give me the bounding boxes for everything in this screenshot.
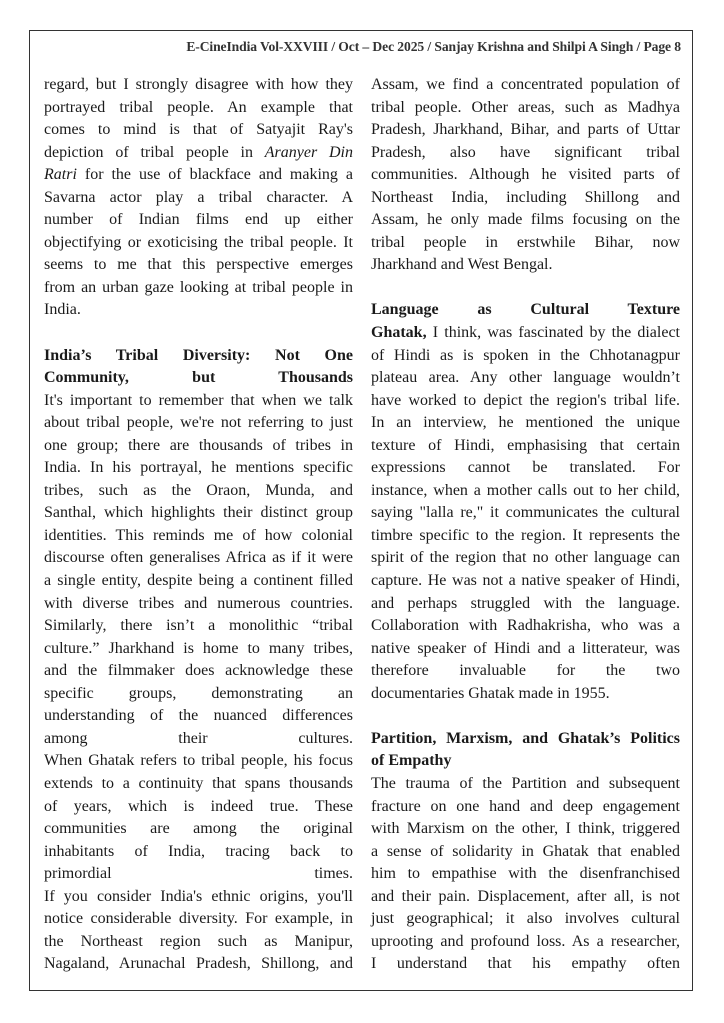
text-line: If you consider India's ethnic origins, … [44, 886, 353, 909]
section-heading-partition: Partition, Marxism, and Ghatak’s Politic… [371, 728, 680, 773]
paragraph-language: Ghatak, I think, was fascinated by the d… [371, 322, 680, 705]
text-line: a single entity, despite being a contine… [44, 570, 353, 593]
text-line: Ratri for the use of blackface and makin… [44, 164, 353, 187]
text-line: It's important to remember that when we … [44, 390, 353, 413]
text-line: and their pain. Displacement, after all,… [371, 886, 680, 909]
paragraph-ray-critique: regard, but I strongly disagree with how… [44, 74, 353, 322]
text-line: texture of Hindi, emphasising that certa… [371, 435, 680, 458]
text-fragment: for the use of blackface and making a [77, 166, 353, 183]
text-line: and the filmmaker does acknowledge these [44, 660, 353, 683]
text-fragment: depiction of tribal people in [44, 144, 265, 161]
text-line: have worked to depict the region's triba… [371, 390, 680, 413]
paragraph-regional-population: Assam, we find a concentrated population… [371, 74, 680, 277]
text-line: primordial times. [44, 863, 353, 886]
text-line: the Northeast region such as Manipur, [44, 931, 353, 954]
text-line: I understand that his empathy often [371, 953, 680, 976]
text-line: Jharkhand and West Bengal. [371, 254, 680, 277]
left-column: regard, but I strongly disagree with how… [44, 74, 353, 976]
text-line: native speaker of Hindi and a litterateu… [371, 638, 680, 661]
blank-line [44, 322, 353, 345]
text-line: with diverse tribes and numerous countri… [44, 593, 353, 616]
text-line: timbre specific to the region. It repres… [371, 525, 680, 548]
text-line: a sense of solidarity in Ghatak that ena… [371, 841, 680, 864]
text-line: identities. This reminds me of how colon… [44, 525, 353, 548]
text-line: capture. He was not a native speaker of … [371, 570, 680, 593]
text-line: tribes, such as the Oraon, Munda, and [44, 480, 353, 503]
heading-line: Language as Cultural Texture [371, 299, 680, 322]
section-heading-language: Language as Cultural Texture [371, 299, 680, 322]
text-line: from an urban gaze looking at tribal peo… [44, 277, 353, 300]
paragraph-ethnic-origins: If you consider India's ethnic origins, … [44, 886, 353, 976]
text-line: understanding of the nuanced differences [44, 705, 353, 728]
text-line: Assam, we find a concentrated population… [371, 74, 680, 97]
text-line: Santhal, which highlights their distinct… [44, 502, 353, 525]
text-line: number of Indian films end up either [44, 209, 353, 232]
text-line: objectifying or exoticising the tribal p… [44, 232, 353, 255]
text-line: The trauma of the Partition and subseque… [371, 773, 680, 796]
text-line: India. In his portrayal, he mentions spe… [44, 457, 353, 480]
text-fragment: I think, was fascinated by the dialect [427, 324, 680, 341]
text-line: regard, but I strongly disagree with how… [44, 74, 353, 97]
text-line: expressions cannot be translated. For [371, 457, 680, 480]
text-line: Ghatak, I think, was fascinated by the d… [371, 322, 680, 345]
text-line: inhabitants of India, tracing back to [44, 841, 353, 864]
text-line: spirit of the region that no other langu… [371, 547, 680, 570]
text-line: extends to a continuity that spans thous… [44, 773, 353, 796]
text-line: portrayed tribal people. An example that [44, 97, 353, 120]
text-line: of years, which is indeed true. These [44, 796, 353, 819]
running-header: E-CineIndia Vol-XXVIII / Oct – Dec 2025 … [186, 39, 681, 55]
text-line: seems to me that this perspective emerge… [44, 254, 353, 277]
text-line: depiction of tribal people in Aranyer Di… [44, 142, 353, 165]
blank-line [371, 277, 680, 300]
text-line: and perhaps struggled with the language. [371, 593, 680, 616]
text-line: communities. Although he visited parts o… [371, 164, 680, 187]
text-line: communities are among the original [44, 818, 353, 841]
film-title-italic: Ratri [44, 166, 77, 183]
paragraph-tribal-diversity: It's important to remember that when we … [44, 390, 353, 886]
text-line: tribal people. Other areas, such as Madh… [371, 97, 680, 120]
text-line: with Marxism on the other, I think, trig… [371, 818, 680, 841]
text-line: notice considerable diversity. For examp… [44, 908, 353, 931]
text-line: comes to mind is that of Satyajit Ray's [44, 119, 353, 142]
text-line: therefore invaluable for the two [371, 660, 680, 683]
text-line: of Hindi as is spoken in the Chhotanagpu… [371, 345, 680, 368]
text-line: culture.” Jharkhand is home to many trib… [44, 638, 353, 661]
blank-line [371, 705, 680, 728]
section-heading-tribal-diversity: India’s Tribal Diversity: Not One Commun… [44, 345, 353, 390]
text-line: India. [44, 299, 353, 322]
text-line: saying "lalla re," it communicates the c… [371, 502, 680, 525]
text-line: among their cultures. [44, 728, 353, 751]
text-line: uprooting and profound loss. As a resear… [371, 931, 680, 954]
text-line: about tribal people, we're not referring… [44, 412, 353, 435]
text-line: discourse often generalises Africa as if… [44, 547, 353, 570]
heading-line: Partition, Marxism, and Ghatak’s Politic… [371, 728, 680, 751]
text-line: tribal people in erstwhile Bihar, now [371, 232, 680, 255]
text-line: Nagaland, Arunachal Pradesh, Shillong, a… [44, 953, 353, 976]
text-line: When Ghatak refers to tribal people, his… [44, 750, 353, 773]
text-line: plateau area. Any other language wouldn’… [371, 367, 680, 390]
text-line: him to empathise with the disenfranchise… [371, 863, 680, 886]
text-line: one group; there are thousands of tribes… [44, 435, 353, 458]
text-line: Assam, he only made films focusing on th… [371, 209, 680, 232]
text-line: specific groups, demonstrating an [44, 683, 353, 706]
text-line: Savarna actor play a tribal character. A [44, 187, 353, 210]
text-line: instance, when a mother calls out to her… [371, 480, 680, 503]
lead-in-bold: Ghatak, [371, 324, 427, 341]
text-line: Pradesh, Jharkhand, Bihar, and parts of … [371, 119, 680, 142]
text-line: Similarly, there isn’t a monolithic “tri… [44, 615, 353, 638]
text-line: In an interview, he mentioned the unique [371, 412, 680, 435]
text-line: Northeast India, including Shillong and [371, 187, 680, 210]
text-line: just geographical; it also involves cult… [371, 908, 680, 931]
text-line: Collaboration with Radhakrisha, who was … [371, 615, 680, 638]
heading-line: of Empathy [371, 750, 680, 773]
text-line: Pradesh, also have significant tribal [371, 142, 680, 165]
text-line: fracture on one hand and deep engagement [371, 796, 680, 819]
paragraph-partition: The trauma of the Partition and subseque… [371, 773, 680, 976]
right-column: Assam, we find a concentrated population… [371, 74, 680, 976]
heading-line: Community, but Thousands [44, 367, 353, 390]
film-title-italic: Aranyer Din [265, 144, 353, 161]
heading-line: India’s Tribal Diversity: Not One [44, 345, 353, 368]
text-line: documentaries Ghatak made in 1955. [371, 683, 680, 706]
